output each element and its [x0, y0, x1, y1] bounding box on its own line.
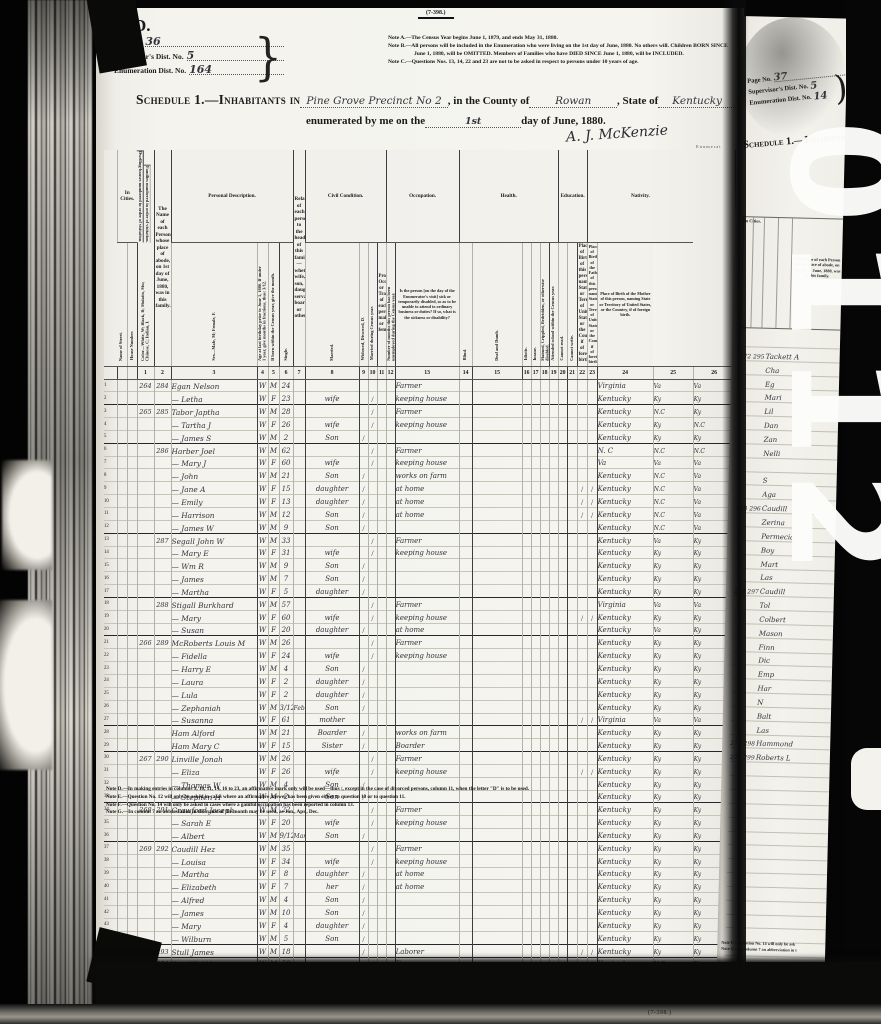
cell: N.C	[653, 520, 693, 533]
page-no-label: Page No.	[747, 76, 772, 85]
column-number: 1	[137, 366, 154, 379]
cell	[305, 841, 359, 854]
cell: 2	[279, 674, 293, 687]
cell: her	[305, 880, 359, 893]
cell	[117, 610, 127, 623]
cell	[154, 469, 171, 482]
footer-notes: Note D.—In making entries in columns 9, …	[106, 786, 726, 817]
cell	[305, 944, 359, 957]
cell: wife	[305, 816, 359, 829]
cell	[472, 443, 522, 456]
column-number: 7	[293, 366, 305, 379]
cell	[558, 610, 567, 623]
col-maimed: Maimed, Crippled, Bedridden, or otherwis…	[540, 242, 549, 366]
col-street-name: Name of Street.	[117, 242, 127, 366]
cell: daughter	[305, 687, 359, 700]
cell: W	[257, 700, 268, 713]
cell	[558, 687, 567, 700]
census-row: 27— SusannaWF61mother//VirginiaVaVa	[104, 713, 735, 726]
cell: — Laura	[171, 674, 257, 687]
cell	[127, 572, 137, 585]
cell	[459, 636, 472, 649]
cell	[137, 829, 154, 842]
cell: Harber Joel	[171, 443, 257, 456]
column-number: 18	[540, 366, 549, 379]
cell	[577, 597, 587, 610]
census-row: 11— HarrisonWM12Son/at home//KentuckyN.C…	[104, 508, 735, 521]
cell	[386, 713, 395, 726]
cell: /	[577, 713, 587, 726]
cell	[472, 418, 522, 431]
cell: Kentucky	[597, 495, 653, 508]
cell	[472, 816, 522, 829]
cell: M	[268, 559, 279, 572]
cell	[117, 546, 127, 559]
cell	[359, 418, 368, 431]
cell	[531, 495, 540, 508]
cell	[522, 944, 531, 957]
cell	[567, 585, 577, 598]
cell: 4	[279, 919, 293, 932]
cell: Ky	[653, 739, 693, 752]
column-number: 14	[459, 366, 472, 379]
cell	[522, 520, 531, 533]
cell	[127, 829, 137, 842]
column-number: 22	[577, 366, 587, 379]
cell	[293, 585, 305, 598]
cell	[522, 405, 531, 418]
cell: W	[257, 854, 268, 867]
cell	[567, 456, 577, 469]
cell	[522, 674, 531, 687]
cell	[531, 405, 540, 418]
cell: 292	[154, 841, 171, 854]
spine-highlight	[2, 460, 52, 570]
cell	[459, 829, 472, 842]
cell	[359, 713, 368, 726]
cell	[540, 546, 549, 559]
cell: Son	[305, 430, 359, 443]
cell	[459, 700, 472, 713]
cell	[386, 752, 395, 765]
cell	[522, 919, 531, 932]
cell	[587, 700, 597, 713]
cell	[459, 405, 472, 418]
col-house-number: House Number.	[127, 242, 137, 366]
cell	[577, 443, 587, 456]
census-row: 16— JamesWM7Son/KentuckyKyKy	[104, 572, 735, 585]
cell	[587, 585, 597, 598]
film-frame-number: 0112	[788, 120, 881, 680]
cell	[459, 418, 472, 431]
cell	[293, 430, 305, 443]
cell: 9	[104, 482, 117, 495]
cell: 33	[279, 533, 293, 546]
census-table: In Cities.Dwelling-houses numbered in or…	[104, 150, 736, 1021]
person-name: N	[757, 699, 763, 707]
cell: M	[268, 841, 279, 854]
cell: Kentucky	[597, 418, 653, 431]
cell: 15	[279, 482, 293, 495]
col-married-label: Married.	[330, 344, 335, 361]
film-bottom-strip: (7-398.)	[0, 1004, 881, 1024]
cell	[293, 687, 305, 700]
cell	[127, 867, 137, 880]
cell	[587, 829, 597, 842]
cell	[587, 931, 597, 944]
cell	[154, 739, 171, 752]
cell	[522, 700, 531, 713]
cell	[359, 816, 368, 829]
cell: 267	[137, 752, 154, 765]
cell	[395, 674, 459, 687]
cell	[459, 379, 472, 392]
cell: Virginia	[597, 597, 653, 610]
cell	[386, 610, 395, 623]
cell	[377, 931, 386, 944]
column-number: 2	[154, 366, 171, 379]
cell	[386, 392, 395, 405]
cell: Ham Mary C	[171, 739, 257, 752]
cell: M	[268, 405, 279, 418]
cell	[531, 430, 540, 443]
census-row: 13287Segall John WWM33/FarmerKentuckyVaK…	[104, 533, 735, 546]
cell	[587, 597, 597, 610]
schedule-title: Schedule 1.—Inhabitants in	[136, 92, 300, 108]
cell: Kentucky	[597, 482, 653, 495]
cell: 26	[279, 764, 293, 777]
cell	[549, 919, 558, 932]
cell	[558, 546, 567, 559]
cell	[377, 623, 386, 636]
cell	[127, 713, 137, 726]
cell: /	[359, 829, 368, 842]
cell	[386, 931, 395, 944]
cell: 28	[279, 405, 293, 418]
cell	[522, 430, 531, 443]
cell: /	[359, 700, 368, 713]
person-name: Roberts L	[756, 754, 791, 763]
cell: F	[268, 610, 279, 623]
col-married-census-year-label: Married during Census year.	[370, 306, 375, 360]
cell	[137, 572, 154, 585]
cell: /	[577, 944, 587, 957]
cell	[377, 944, 386, 957]
cell	[540, 829, 549, 842]
census-row: 10— EmilyWF13daughter/at home//KentuckyN…	[104, 495, 735, 508]
cell	[472, 906, 522, 919]
cell	[567, 752, 577, 765]
col-cannot-write: Cannot write.	[567, 242, 577, 366]
cell	[587, 418, 597, 431]
cell	[549, 405, 558, 418]
column-number: 4	[257, 366, 268, 379]
cell	[293, 649, 305, 662]
cell	[549, 572, 558, 585]
cell	[549, 469, 558, 482]
cell	[522, 764, 531, 777]
cell: /	[368, 597, 377, 610]
cell	[522, 726, 531, 739]
column-number: 9	[359, 366, 368, 379]
cell: W	[257, 931, 268, 944]
cell: W	[257, 392, 268, 405]
cell	[558, 649, 567, 662]
cell: W	[257, 636, 268, 649]
cell	[549, 520, 558, 533]
cell: wife	[305, 610, 359, 623]
cell: — Louisa	[171, 854, 257, 867]
cell	[587, 752, 597, 765]
cell	[531, 636, 540, 649]
cell	[137, 392, 154, 405]
cell	[558, 764, 567, 777]
cell	[472, 405, 522, 418]
cell	[137, 610, 154, 623]
cell	[117, 533, 127, 546]
cell: /	[368, 752, 377, 765]
cell	[359, 392, 368, 405]
cell	[531, 559, 540, 572]
cell	[549, 739, 558, 752]
cell: 18	[279, 944, 293, 957]
cell: Kentucky	[597, 559, 653, 572]
cell	[359, 533, 368, 546]
cell	[531, 816, 540, 829]
census-table-wrap: In Cities.Dwelling-houses numbered in or…	[104, 150, 740, 1021]
cell	[531, 585, 540, 598]
cell	[558, 944, 567, 957]
cell	[567, 597, 577, 610]
cell	[154, 906, 171, 919]
cell	[531, 944, 540, 957]
cell	[377, 508, 386, 521]
cell	[549, 764, 558, 777]
cell	[154, 764, 171, 777]
cell	[577, 687, 587, 700]
column-number: 21	[567, 366, 577, 379]
cell	[459, 482, 472, 495]
cell	[540, 559, 549, 572]
cell: Farmer	[395, 636, 459, 649]
cell: 4	[279, 893, 293, 906]
cell: F	[268, 867, 279, 880]
enumerator-caption: Enumerat	[696, 144, 722, 149]
cell: daughter	[305, 919, 359, 932]
cell: W	[257, 572, 268, 585]
cell	[472, 726, 522, 739]
cell: Kentucky	[597, 508, 653, 521]
cell: mother	[305, 713, 359, 726]
cell	[127, 636, 137, 649]
cell	[386, 662, 395, 675]
cell	[531, 674, 540, 687]
cell: 2	[279, 687, 293, 700]
cell	[459, 443, 472, 456]
cell: 25	[104, 687, 117, 700]
cell	[549, 944, 558, 957]
cell: Ky	[653, 585, 693, 598]
column-number: 24	[597, 366, 653, 379]
cell: wife	[305, 764, 359, 777]
cell	[368, 520, 377, 533]
col-father-birthplace: Place of Birth of the Father of this per…	[587, 242, 597, 366]
cell	[293, 418, 305, 431]
cell: 2	[279, 430, 293, 443]
cell	[137, 482, 154, 495]
cell	[587, 636, 597, 649]
census-row: 8— JohnWM21Son/works on farmKentuckyN.CV…	[104, 469, 735, 482]
cell	[368, 674, 377, 687]
cell: /	[577, 482, 587, 495]
cell: /	[359, 739, 368, 752]
cell: 36	[104, 829, 117, 842]
cell: Va	[597, 456, 653, 469]
cell: Ky	[653, 546, 693, 559]
cell	[587, 893, 597, 906]
note-b: Note B.—All persons will be included in …	[388, 42, 732, 50]
cell	[522, 880, 531, 893]
cell	[587, 854, 597, 867]
cell: W	[257, 893, 268, 906]
cell	[137, 687, 154, 700]
cell: at home	[395, 623, 459, 636]
cell	[293, 392, 305, 405]
cell	[577, 649, 587, 662]
cell	[127, 482, 137, 495]
enumerated-line: enumerated by me on the 1st day of June,…	[306, 115, 606, 128]
cell: 4	[104, 418, 117, 431]
cell	[117, 906, 127, 919]
cell	[117, 430, 127, 443]
cell	[137, 533, 154, 546]
cell	[137, 508, 154, 521]
cell: 4	[279, 662, 293, 675]
cell	[386, 546, 395, 559]
cell	[567, 906, 577, 919]
cell	[549, 931, 558, 944]
cell: 16	[104, 572, 117, 585]
cell	[567, 880, 577, 893]
cell	[293, 508, 305, 521]
cell	[587, 559, 597, 572]
census-row: 35— Sarah EWF20wife/keeping houseKentuck…	[104, 816, 735, 829]
col-birth-month: If born within the Census year, give the…	[268, 242, 279, 366]
cell	[540, 585, 549, 598]
cell: 21	[279, 469, 293, 482]
cell	[117, 379, 127, 392]
film-strip-left	[0, 0, 100, 1024]
cell	[359, 405, 368, 418]
cell	[540, 893, 549, 906]
cell	[127, 585, 137, 598]
cell	[137, 726, 154, 739]
cell	[472, 469, 522, 482]
cell	[293, 379, 305, 392]
cell: Kentucky	[597, 585, 653, 598]
cell: — Wm R	[171, 559, 257, 572]
cell: 5	[279, 585, 293, 598]
cell	[293, 469, 305, 482]
cell	[522, 610, 531, 623]
cell: M	[268, 520, 279, 533]
cell: M	[268, 931, 279, 944]
cell	[293, 623, 305, 636]
note-b-cont: June 1, 1880, will be OMITTED. Members o…	[388, 50, 732, 58]
cell: Kentucky	[597, 405, 653, 418]
group-occupation: Occupation.	[386, 150, 459, 242]
cell: 22	[104, 649, 117, 662]
cell	[540, 713, 549, 726]
cell	[137, 867, 154, 880]
census-row: 7— Mary JWF60wife/keeping houseVaVaVa	[104, 456, 735, 469]
film-notch	[851, 748, 881, 810]
cell	[531, 893, 540, 906]
cell	[127, 649, 137, 662]
cell	[577, 520, 587, 533]
cell	[472, 713, 522, 726]
cell	[127, 443, 137, 456]
cell	[293, 919, 305, 932]
cell	[459, 880, 472, 893]
cell	[293, 906, 305, 919]
cell	[577, 880, 587, 893]
column-number: 11	[377, 366, 386, 379]
cell	[558, 418, 567, 431]
cell: /	[359, 880, 368, 893]
cell	[127, 469, 137, 482]
cell	[531, 623, 540, 636]
note-a: Note A.—The Census Year begins June 1, 1…	[388, 34, 732, 42]
cell	[531, 443, 540, 456]
cell	[386, 700, 395, 713]
cell: F	[268, 687, 279, 700]
cell	[459, 713, 472, 726]
col-age: Age at last birthday prior to June 1, 18…	[257, 242, 268, 366]
cell	[558, 829, 567, 842]
cell: 23	[279, 392, 293, 405]
cell	[127, 893, 137, 906]
cell: N. C	[597, 443, 653, 456]
column-number: 20	[558, 366, 567, 379]
col-insane: Insane.	[531, 242, 540, 366]
cell	[540, 430, 549, 443]
cell	[522, 893, 531, 906]
cell	[522, 533, 531, 546]
census-row: 15— Wm RWM9Son/KentuckyKyKy	[104, 559, 735, 572]
cell	[459, 430, 472, 443]
cell	[386, 674, 395, 687]
cell	[117, 636, 127, 649]
cell	[386, 418, 395, 431]
cell	[377, 893, 386, 906]
cell	[293, 546, 305, 559]
cell	[386, 559, 395, 572]
cell: keeping house	[395, 392, 459, 405]
person-name: Tol	[760, 602, 771, 610]
cell	[531, 739, 540, 752]
cell	[137, 906, 154, 919]
cell: keeping house	[395, 816, 459, 829]
cell	[386, 636, 395, 649]
cell: — Albert	[171, 829, 257, 842]
cell	[368, 739, 377, 752]
cell: at home	[395, 880, 459, 893]
cell	[522, 662, 531, 675]
cell	[117, 559, 127, 572]
census-row: 36— AlbertWM9/12MarSon/KentuckyKyKy	[104, 829, 735, 842]
cell	[377, 700, 386, 713]
